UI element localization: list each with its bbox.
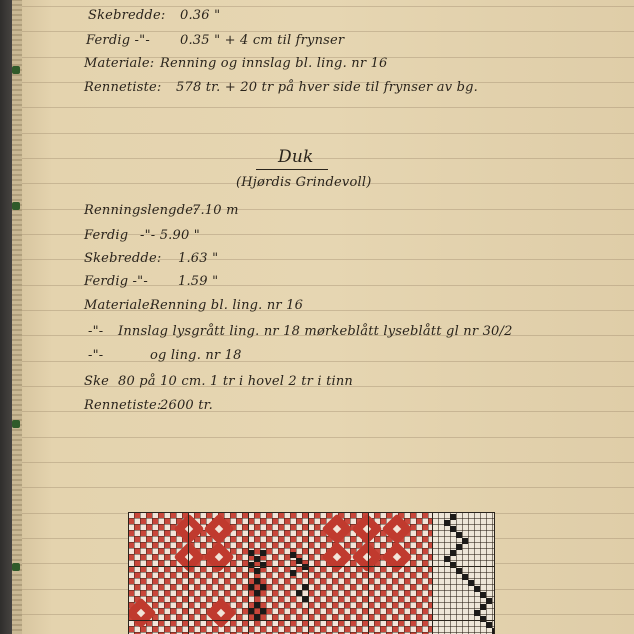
spec-value: 578 tr. + 20 tr på hver side til frynser…	[176, 80, 478, 95]
spec-value: 7.10 m	[192, 203, 239, 218]
spec-label: Ferdig -"-	[86, 33, 150, 48]
spec-value: 1.63 "	[178, 251, 218, 266]
spec-label: Rennetiste:	[84, 80, 161, 95]
weaving-pattern-chart	[128, 512, 495, 634]
binding-stitch	[12, 563, 20, 571]
spec-label: Ske	[84, 374, 109, 389]
section-title: Duk	[278, 147, 313, 167]
spec-value: 0.36 "	[180, 8, 220, 23]
spec-value: og ling. nr 18	[150, 348, 242, 363]
spec-label: -"-	[88, 348, 103, 363]
spec-label: Rennetiste:	[84, 398, 161, 413]
spec-label: Materiale:	[84, 56, 154, 71]
spec-value: -"- 5.90 "	[140, 228, 200, 243]
spec-label: -"-	[88, 324, 103, 339]
spec-label: Ferdig -"-	[84, 274, 148, 289]
spec-value: 2600 tr.	[160, 398, 213, 413]
binding-stitch	[12, 202, 20, 210]
spec-label: Ferdig	[84, 228, 128, 243]
spec-value: Renning og innslag bl. ling. nr 16	[160, 56, 388, 71]
binding-stitch	[12, 420, 20, 428]
spec-value: 80 på 10 cm. 1 tr i hovel 2 tr i tinn	[118, 374, 353, 389]
spec-value: 1.59 "	[178, 274, 218, 289]
spec-label: Skebredde:	[88, 8, 165, 23]
spec-value: Innslag lysgrått ling. nr 18 mørkeblått …	[118, 324, 513, 339]
section-subtitle: (Hjørdis Grindevoll)	[236, 175, 371, 190]
spec-value: 0.35 " + 4 cm til frynser	[180, 33, 344, 48]
binding-stitch	[12, 66, 20, 74]
spec-label: Renningslengde:	[84, 203, 198, 218]
spec-label: Skebredde:	[84, 251, 161, 266]
spec-value: Renning bl. ling. nr 16	[150, 298, 303, 313]
spec-label: Materiale:	[84, 298, 154, 313]
title-underline	[256, 169, 328, 170]
